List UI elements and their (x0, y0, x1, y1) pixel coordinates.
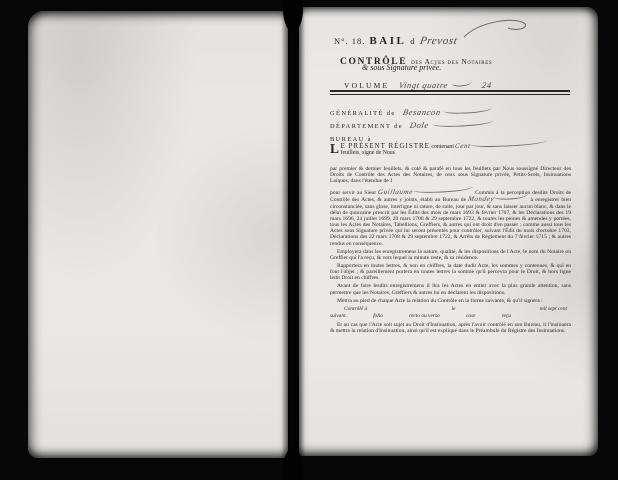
left-page-blank (28, 11, 288, 458)
handwritten-act-name: Prevost (419, 35, 459, 47)
paragraph-p7: Et au cas que l'Acte soit sujet au Droit… (330, 322, 571, 334)
paragraph-p1: par premier & dernier feuillets, & coté … (330, 166, 571, 184)
register-lead: E PRÉSENT RÉGISTRE (341, 142, 430, 150)
book-spine (281, 0, 305, 480)
departement-row: DÉPARTEMENT de Dole (330, 115, 571, 123)
paragraph-p5: Avant de faire lesdits enregistremens il… (330, 283, 571, 295)
right-page: N°. 18. BAIL d Prevost CONTRÔLE des Acte… (299, 7, 598, 456)
ink-flourish (413, 187, 473, 194)
formula-controle-a: Contrôlé à (344, 306, 367, 313)
formula-recto-verso: recto ou verso (409, 313, 440, 320)
paragraph-p6: Mettra au pied de chaque Acte la relatio… (330, 298, 571, 304)
title-particle: d (410, 37, 414, 46)
controle-formula-line2: suivant. folio recto ou verso case reçu (330, 313, 571, 320)
formula-case: case (466, 313, 476, 320)
p2-prefix: pour servir au Sieur (330, 190, 376, 196)
title-row: N°. 18. BAIL d Prevost (334, 31, 571, 46)
handwritten-folio-count: Cent (455, 143, 472, 149)
handwritten-volume-number: 24 (481, 80, 492, 90)
paragraph-p2: pour servir au Sieur Guillaume Commis à … (330, 189, 571, 246)
p2-rest: à enregistrer bien circonstanciée, sans … (330, 197, 571, 246)
formula-folio: folio (373, 313, 383, 320)
dropcap-L: L (330, 143, 339, 154)
right-page-content: N°. 18. BAIL d Prevost CONTRÔLE des Acte… (330, 31, 571, 334)
ink-flourish (452, 81, 472, 87)
formula-suivant: suivant. (330, 313, 347, 320)
ink-flourish (444, 108, 492, 115)
controle-formula-line1: Contrôlé à le mil sept cent (330, 306, 571, 313)
register-contenant: contenant (431, 144, 454, 150)
register-opening: LE PRÉSENT RÉGISTRE contenant Cent feuil… (330, 143, 571, 157)
bureau-label: BUREAU à (330, 136, 372, 143)
ink-flourish (462, 17, 532, 39)
ink-flourish (471, 140, 547, 148)
scanned-book-photo: N°. 18. BAIL d Prevost CONTRÔLE des Acte… (0, 0, 618, 480)
register-number: N°. 18. (334, 36, 365, 46)
paragraph-p4: Rapportera en toutes lettres, & non en c… (330, 263, 571, 281)
volume-row: VOLUME Vingt quatre 24 (344, 75, 571, 87)
paragraph-p3: Employera dans les enregistremens la nat… (330, 249, 571, 261)
formula-le: le (452, 306, 456, 313)
volume-label: VOLUME (344, 81, 389, 90)
subtitle-controle-row: CONTRÔLE des Actes des Notaires (340, 51, 571, 62)
subtitle-signature-privee: & sous Signature privée. (362, 63, 571, 73)
register-suffix: feuillets, signé de Nous (341, 150, 395, 156)
formula-mil-sept-cent: mil sept cent (540, 306, 567, 313)
handwritten-bureau-name: Mondey (468, 196, 495, 202)
generalite-row: GÉNÉRALITÉ de Besancon (330, 102, 571, 110)
title-bail: BAIL (369, 35, 406, 47)
handwritten-volume-words: Vingt quatre (398, 80, 449, 90)
formula-recu: reçu (502, 313, 511, 320)
ink-flourish (494, 194, 528, 200)
ink-flourish (433, 120, 493, 127)
bureau-row: BUREAU à (330, 128, 571, 136)
handwritten-commis-name: Guillaume (378, 189, 414, 195)
